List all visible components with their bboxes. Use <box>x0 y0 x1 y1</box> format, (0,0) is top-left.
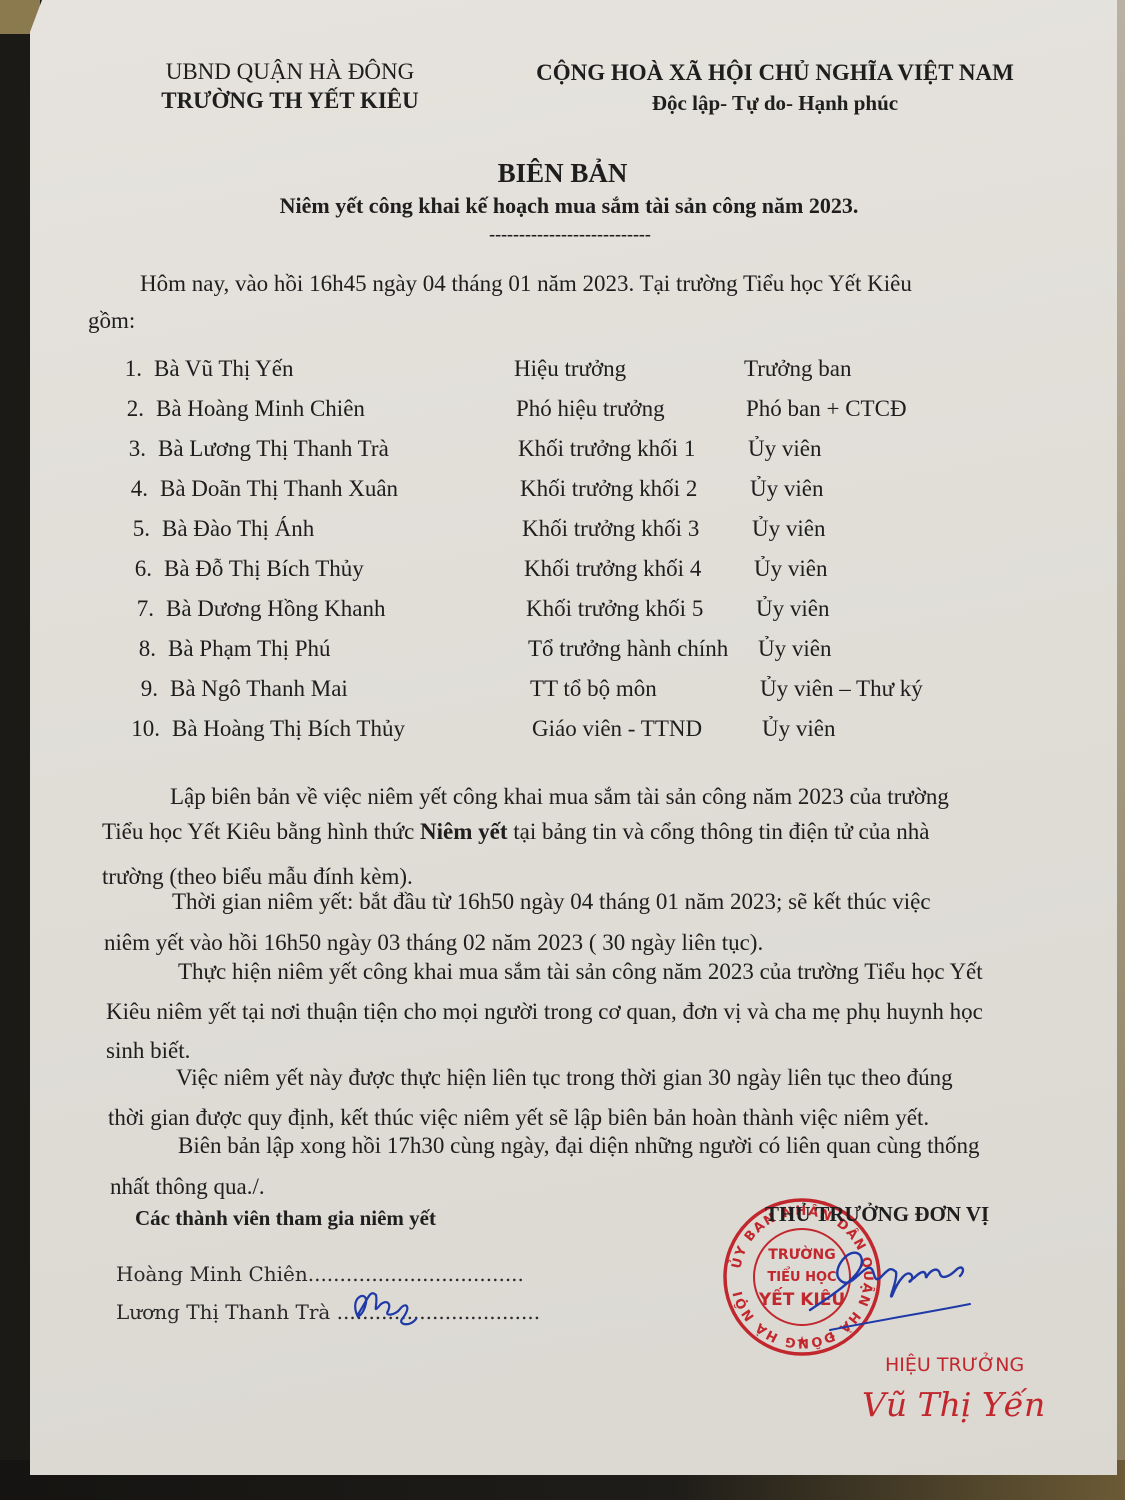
member-row: 1.Bà Vũ Thị YếnHiệu trưởngTrưởng ban <box>112 356 952 386</box>
member-row: 6.Bà Đỗ Thị Bích ThủyKhối trưởng khối 4Ủ… <box>122 556 962 586</box>
head-of-unit-title: THỦ TRƯỞNG ĐƠN VỊ <box>765 1202 989 1227</box>
member-row: 3.Bà Lương Thị Thanh TràKhối trưởng khối… <box>116 436 956 466</box>
members-signature-title: Các thành viên tham gia niêm yết <box>135 1206 436 1231</box>
member-signature <box>340 1285 430 1335</box>
emphasis-text: Niêm yết <box>420 819 508 844</box>
member-row: 2.Bà Hoàng Minh ChiênPhó hiệu trưởngPhó … <box>114 396 954 426</box>
member-row: 4.Bà Doãn Thị Thanh XuânKhối trưởng khối… <box>118 476 958 506</box>
paragraph-text: Tiểu học Yết Kiêu bằng hình thức <box>102 819 420 844</box>
member-position: Ủy viên <box>754 556 827 582</box>
member-number: 3. <box>116 436 146 462</box>
member-name: Bà Lương Thị Thanh Trà <box>158 436 389 462</box>
country-name: CỘNG HOÀ XÃ HỘI CHỦ NGHĨA VIỆT NAM <box>495 57 1055 88</box>
member-role: Khối trưởng khối 1 <box>518 436 695 462</box>
intro-line-2: gồm: <box>88 308 135 334</box>
member-number: 2. <box>114 396 144 422</box>
member-name: Bà Ngô Thanh Mai <box>170 676 348 702</box>
member-row: 7.Bà Dương Hồng KhanhKhối trưởng khối 5Ủ… <box>124 596 964 626</box>
paragraph-3-line-1: Thực hiện niêm yết công khai mua sắm tài… <box>178 954 983 989</box>
member-position: Ủy viên <box>762 716 835 742</box>
member-name: Bà Đào Thị Ánh <box>162 516 314 542</box>
member-name: Bà Doãn Thị Thanh Xuân <box>160 476 398 502</box>
paragraph-1-line-2: Tiểu học Yết Kiêu bằng hình thức Niêm yế… <box>102 814 929 849</box>
paragraph-3-line-2: Kiêu niêm yết tại nơi thuận tiện cho mọi… <box>106 994 983 1029</box>
member-position: Ủy viên – Thư ký <box>760 676 923 702</box>
member-role: Khối trưởng khối 2 <box>520 476 697 502</box>
member-number: 7. <box>124 596 154 622</box>
member-position: Ủy viên <box>758 636 831 662</box>
document-subtitle: Niêm yết công khai kế hoạch mua sắm tài … <box>0 193 1125 219</box>
paragraph-5-line-2: nhất thông qua./. <box>110 1169 265 1204</box>
member-role: Khối trưởng khối 4 <box>524 556 701 582</box>
signature-line: Hoàng Minh Chiên........................… <box>116 1262 524 1286</box>
member-position: Ủy viên <box>748 436 821 462</box>
member-role: Hiệu trưởng <box>514 356 626 382</box>
motto: Độc lập- Tự do- Hạnh phúc <box>495 88 1055 119</box>
document-title: BIÊN BẢN <box>0 158 1125 189</box>
member-name: Bà Dương Hồng Khanh <box>166 596 385 622</box>
member-position: Phó ban + CTCĐ <box>746 396 907 422</box>
member-row: 8.Bà Phạm Thị PhúTổ trưởng hành chínhỦy … <box>126 636 966 666</box>
member-number: 1. <box>112 356 142 382</box>
paragraph-4-line-1: Việc niêm yết này được thực hiện liên tụ… <box>176 1060 953 1095</box>
member-number: 8. <box>126 636 156 662</box>
member-role: Khối trưởng khối 5 <box>526 596 703 622</box>
member-number: 10. <box>130 716 160 742</box>
member-role: Khối trưởng khối 3 <box>522 516 699 542</box>
paragraph-5-line-1: Biên bản lập xong hồi 17h30 cùng ngày, đ… <box>178 1128 980 1163</box>
paragraph-text: tại bảng tin và cổng thông tin điện tử c… <box>508 819 930 844</box>
school-name: TRƯỜNG TH YẾT KIÊU <box>140 86 440 115</box>
member-position: Ủy viên <box>750 476 823 502</box>
member-number: 5. <box>120 516 150 542</box>
signature-line: Lương Thị Thanh Trà ....................… <box>116 1300 540 1324</box>
member-number: 4. <box>118 476 148 502</box>
member-row: 5.Bà Đào Thị ÁnhKhối trưởng khối 3Ủy viê… <box>120 516 960 546</box>
separator: --------------------------- <box>0 224 1125 245</box>
member-role: TT tổ bộ môn <box>530 676 657 702</box>
member-name: Bà Hoàng Thị Bích Thủy <box>172 716 405 742</box>
member-name: Bà Hoàng Minh Chiên <box>156 396 365 422</box>
member-role: Tổ trưởng hành chính <box>528 636 728 662</box>
member-role: Phó hiệu trưởng <box>516 396 665 422</box>
principal-name: Vũ Thị Yến <box>862 1385 1045 1424</box>
intro-line: Hôm nay, vào hồi 16h45 ngày 04 tháng 01 … <box>140 271 912 297</box>
member-name: Bà Phạm Thị Phú <box>168 636 331 662</box>
member-number: 6. <box>122 556 152 582</box>
member-row: 9.Bà Ngô Thanh MaiTT tổ bộ mônỦy viên – … <box>128 676 968 706</box>
paragraph-2-line-1: Thời gian niêm yết: bắt đầu từ 16h50 ngà… <box>172 884 931 919</box>
principal-position: HIỆU TRƯỞNG <box>885 1354 1024 1376</box>
member-position: Trưởng ban <box>744 356 852 382</box>
member-position: Ủy viên <box>756 596 829 622</box>
member-position: Ủy viên <box>752 516 825 542</box>
issuing-authority: UBND QUẬN HÀ ĐÔNG TRƯỜNG TH YẾT KIÊU <box>140 57 440 115</box>
member-role: Giáo viên - TTND <box>532 716 702 742</box>
member-name: Bà Vũ Thị Yến <box>154 356 293 382</box>
paragraph-1-line-1: Lập biên bản về việc niêm yết công khai … <box>170 779 949 814</box>
member-row: 10.Bà Hoàng Thị Bích ThủyGiáo viên - TTN… <box>130 716 970 746</box>
member-number: 9. <box>128 676 158 702</box>
principal-signature <box>780 1240 980 1340</box>
district-committee: UBND QUẬN HÀ ĐÔNG <box>140 57 440 86</box>
member-name: Bà Đỗ Thị Bích Thủy <box>164 556 364 582</box>
national-motto: CỘNG HOÀ XÃ HỘI CHỦ NGHĨA VIỆT NAM Độc l… <box>495 57 1055 119</box>
